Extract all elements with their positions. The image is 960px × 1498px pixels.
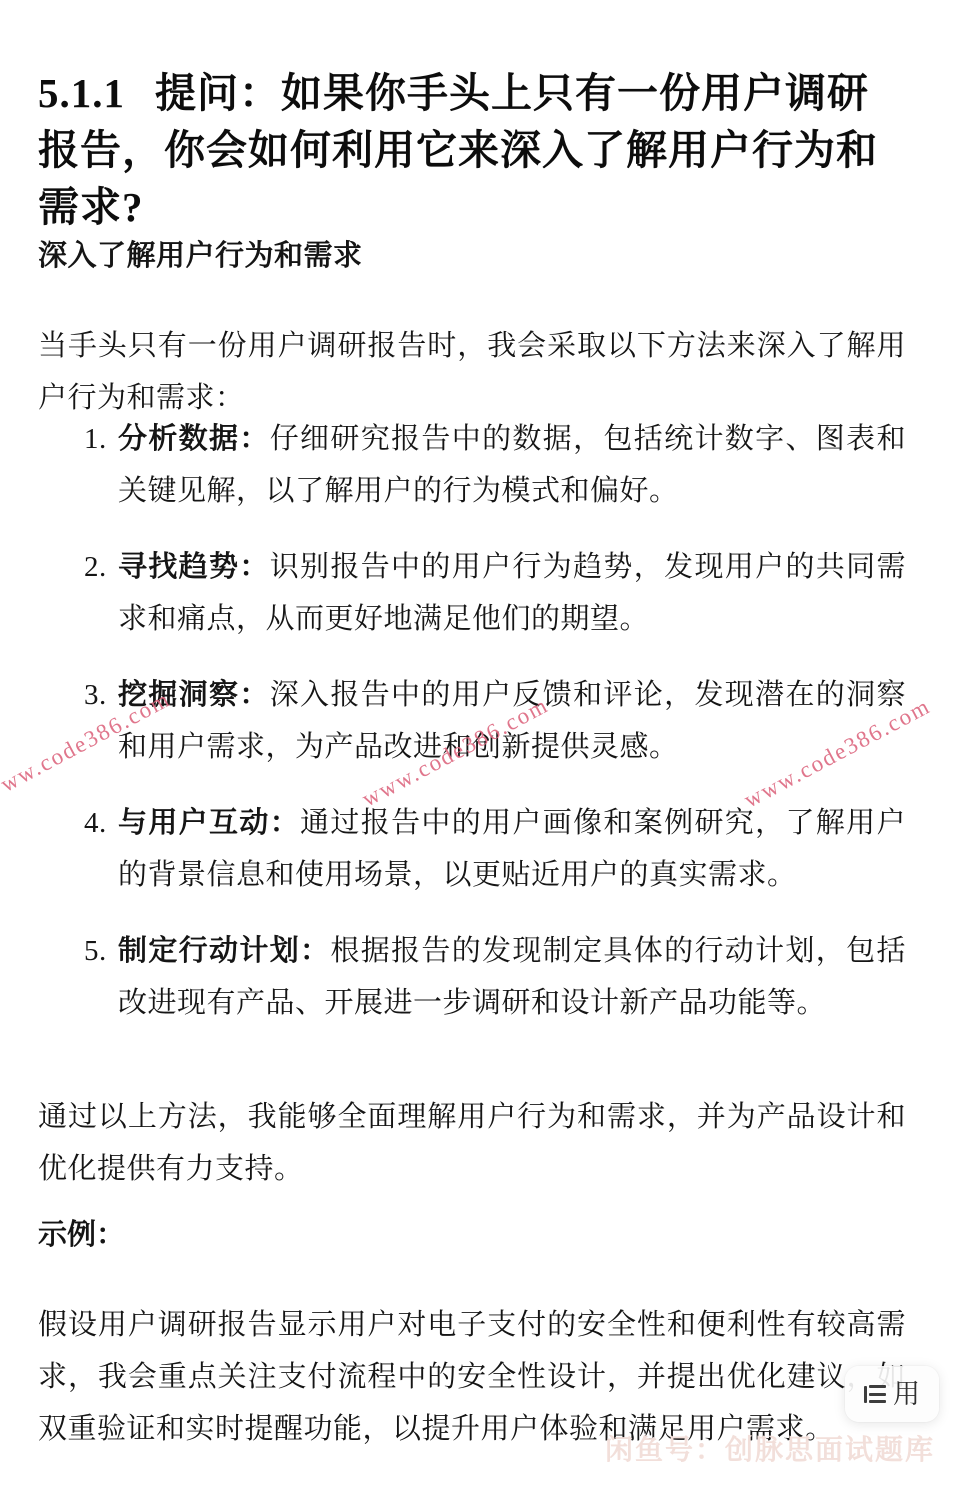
- example-label: 示例：: [38, 1215, 906, 1255]
- list-item: 2.寻找趋势：识别报告中的用户行为趋势，发现用户的共同需求和痛点，从而更好地满足…: [38, 541, 906, 645]
- list-item-number: 1.: [84, 413, 107, 465]
- list-item-term: 分析数据：: [118, 423, 270, 455]
- section-number: 5.1.1: [38, 70, 125, 116]
- list-item-number: 4.: [84, 797, 107, 849]
- list-item-number: 3.: [84, 669, 107, 721]
- intro-paragraph: 当手头只有一份用户调研报告时，我会采取以下方法来深入了解用户行为和需求：: [38, 320, 906, 424]
- list-item-number: 2.: [84, 541, 107, 593]
- list-item: 1.分析数据：仔细研究报告中的数据，包括统计数字、图表和关键见解，以了解用户的行…: [38, 413, 906, 517]
- answer-subheading: 深入了解用户行为和需求: [38, 237, 906, 275]
- method-list: 1.分析数据：仔细研究报告中的数据，包括统计数字、图表和关键见解，以了解用户的行…: [38, 413, 906, 1053]
- document-page: 5.1.1提问：如果你手头上只有一份用户调研报告，你会如何利用它来深入了解用户行…: [0, 0, 960, 1498]
- chip-label: 用: [893, 1381, 920, 1408]
- list-item: 3.挖掘洞察：深入报告中的用户反馈和评论，发现潜在的洞察和用户需求，为产品改进和…: [38, 669, 906, 773]
- list-item: 5.制定行动计划：根据报告的发现制定具体的行动计划，包括改进现有产品、开展进一步…: [38, 925, 906, 1029]
- list-item: 4.与用户互动：通过报告中的用户画像和案例研究，了解用户的背景信息和使用场景，以…: [38, 797, 906, 901]
- list-lines-icon: [864, 1385, 886, 1403]
- list-item-term: 寻找趋势：: [118, 551, 270, 583]
- list-item-term: 挖掘洞察：: [118, 679, 270, 711]
- list-item-term: 制定行动计划：: [118, 935, 330, 967]
- floating-overlay-chip[interactable]: 用: [845, 1366, 939, 1422]
- summary-paragraph: 通过以上方法，我能够全面理解用户行为和需求，并为产品设计和优化提供有力支持。: [38, 1091, 906, 1195]
- section-heading: 5.1.1提问：如果你手头上只有一份用户调研报告，你会如何利用它来深入了解用户行…: [38, 65, 906, 236]
- list-item-term: 与用户互动：: [118, 807, 300, 839]
- section-title: 提问：如果你手头上只有一份用户调研报告，你会如何利用它来深入了解用户行为和需求?: [38, 70, 878, 230]
- list-item-number: 5.: [84, 925, 107, 977]
- example-paragraph: 假设用户调研报告显示用户对电子支付的安全性和便利性有较高需求，我会重点关注支付流…: [38, 1299, 906, 1455]
